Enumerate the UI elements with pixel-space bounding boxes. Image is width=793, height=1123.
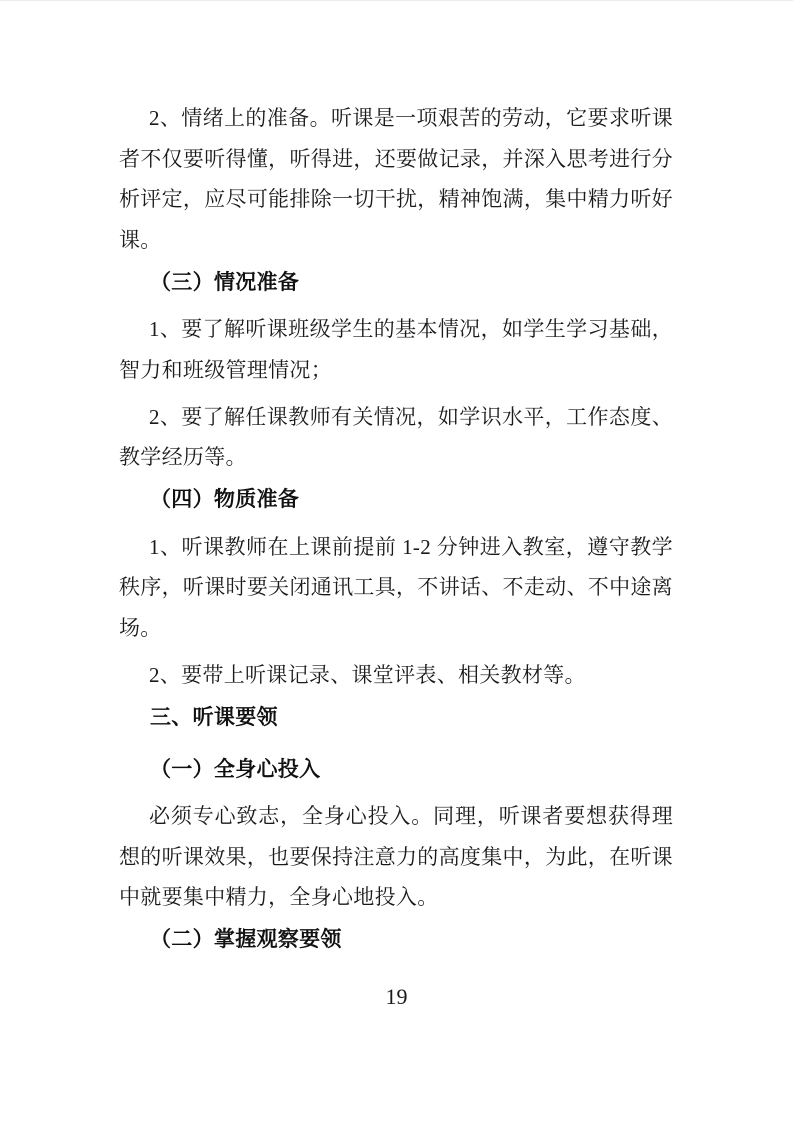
- section-heading: （三）情况准备: [119, 262, 673, 303]
- paragraph: 2、要了解任课教师有关情况，如学识水平，工作态度、教学经历等。: [119, 397, 673, 478]
- page-number: 19: [0, 983, 793, 1011]
- paragraph: 2、要带上听课记录、课堂评表、相关教材等。: [119, 655, 673, 696]
- section-heading: （一）全身心投入: [119, 749, 673, 790]
- document-page: 2、情绪上的准备。听课是一项艰苦的劳动，它要求听课者不仅要听得懂，听得进，还要做…: [0, 0, 793, 1123]
- section-heading: （四）物质准备: [119, 479, 673, 520]
- section-heading: （二）掌握观察要领: [119, 919, 673, 960]
- paragraph: 必须专心致志，全身心投入。同理，听课者要想获得理想的听课效果，也要保持注意力的高…: [119, 796, 673, 918]
- document-content: 2、情绪上的准备。听课是一项艰苦的劳动，它要求听课者不仅要听得懂，听得进，还要做…: [119, 98, 673, 967]
- paragraph: 2、情绪上的准备。听课是一项艰苦的劳动，它要求听课者不仅要听得懂，听得进，还要做…: [119, 98, 673, 260]
- paragraph: 1、听课教师在上课前提前 1-2 分钟进入教室，遵守教学秩序，听课时要关闭通讯工…: [119, 527, 673, 649]
- section-heading: 三、听课要领: [119, 697, 673, 738]
- paragraph: 1、要了解听课班级学生的基本情况，如学生学习基础，智力和班级管理情况；: [119, 309, 673, 390]
